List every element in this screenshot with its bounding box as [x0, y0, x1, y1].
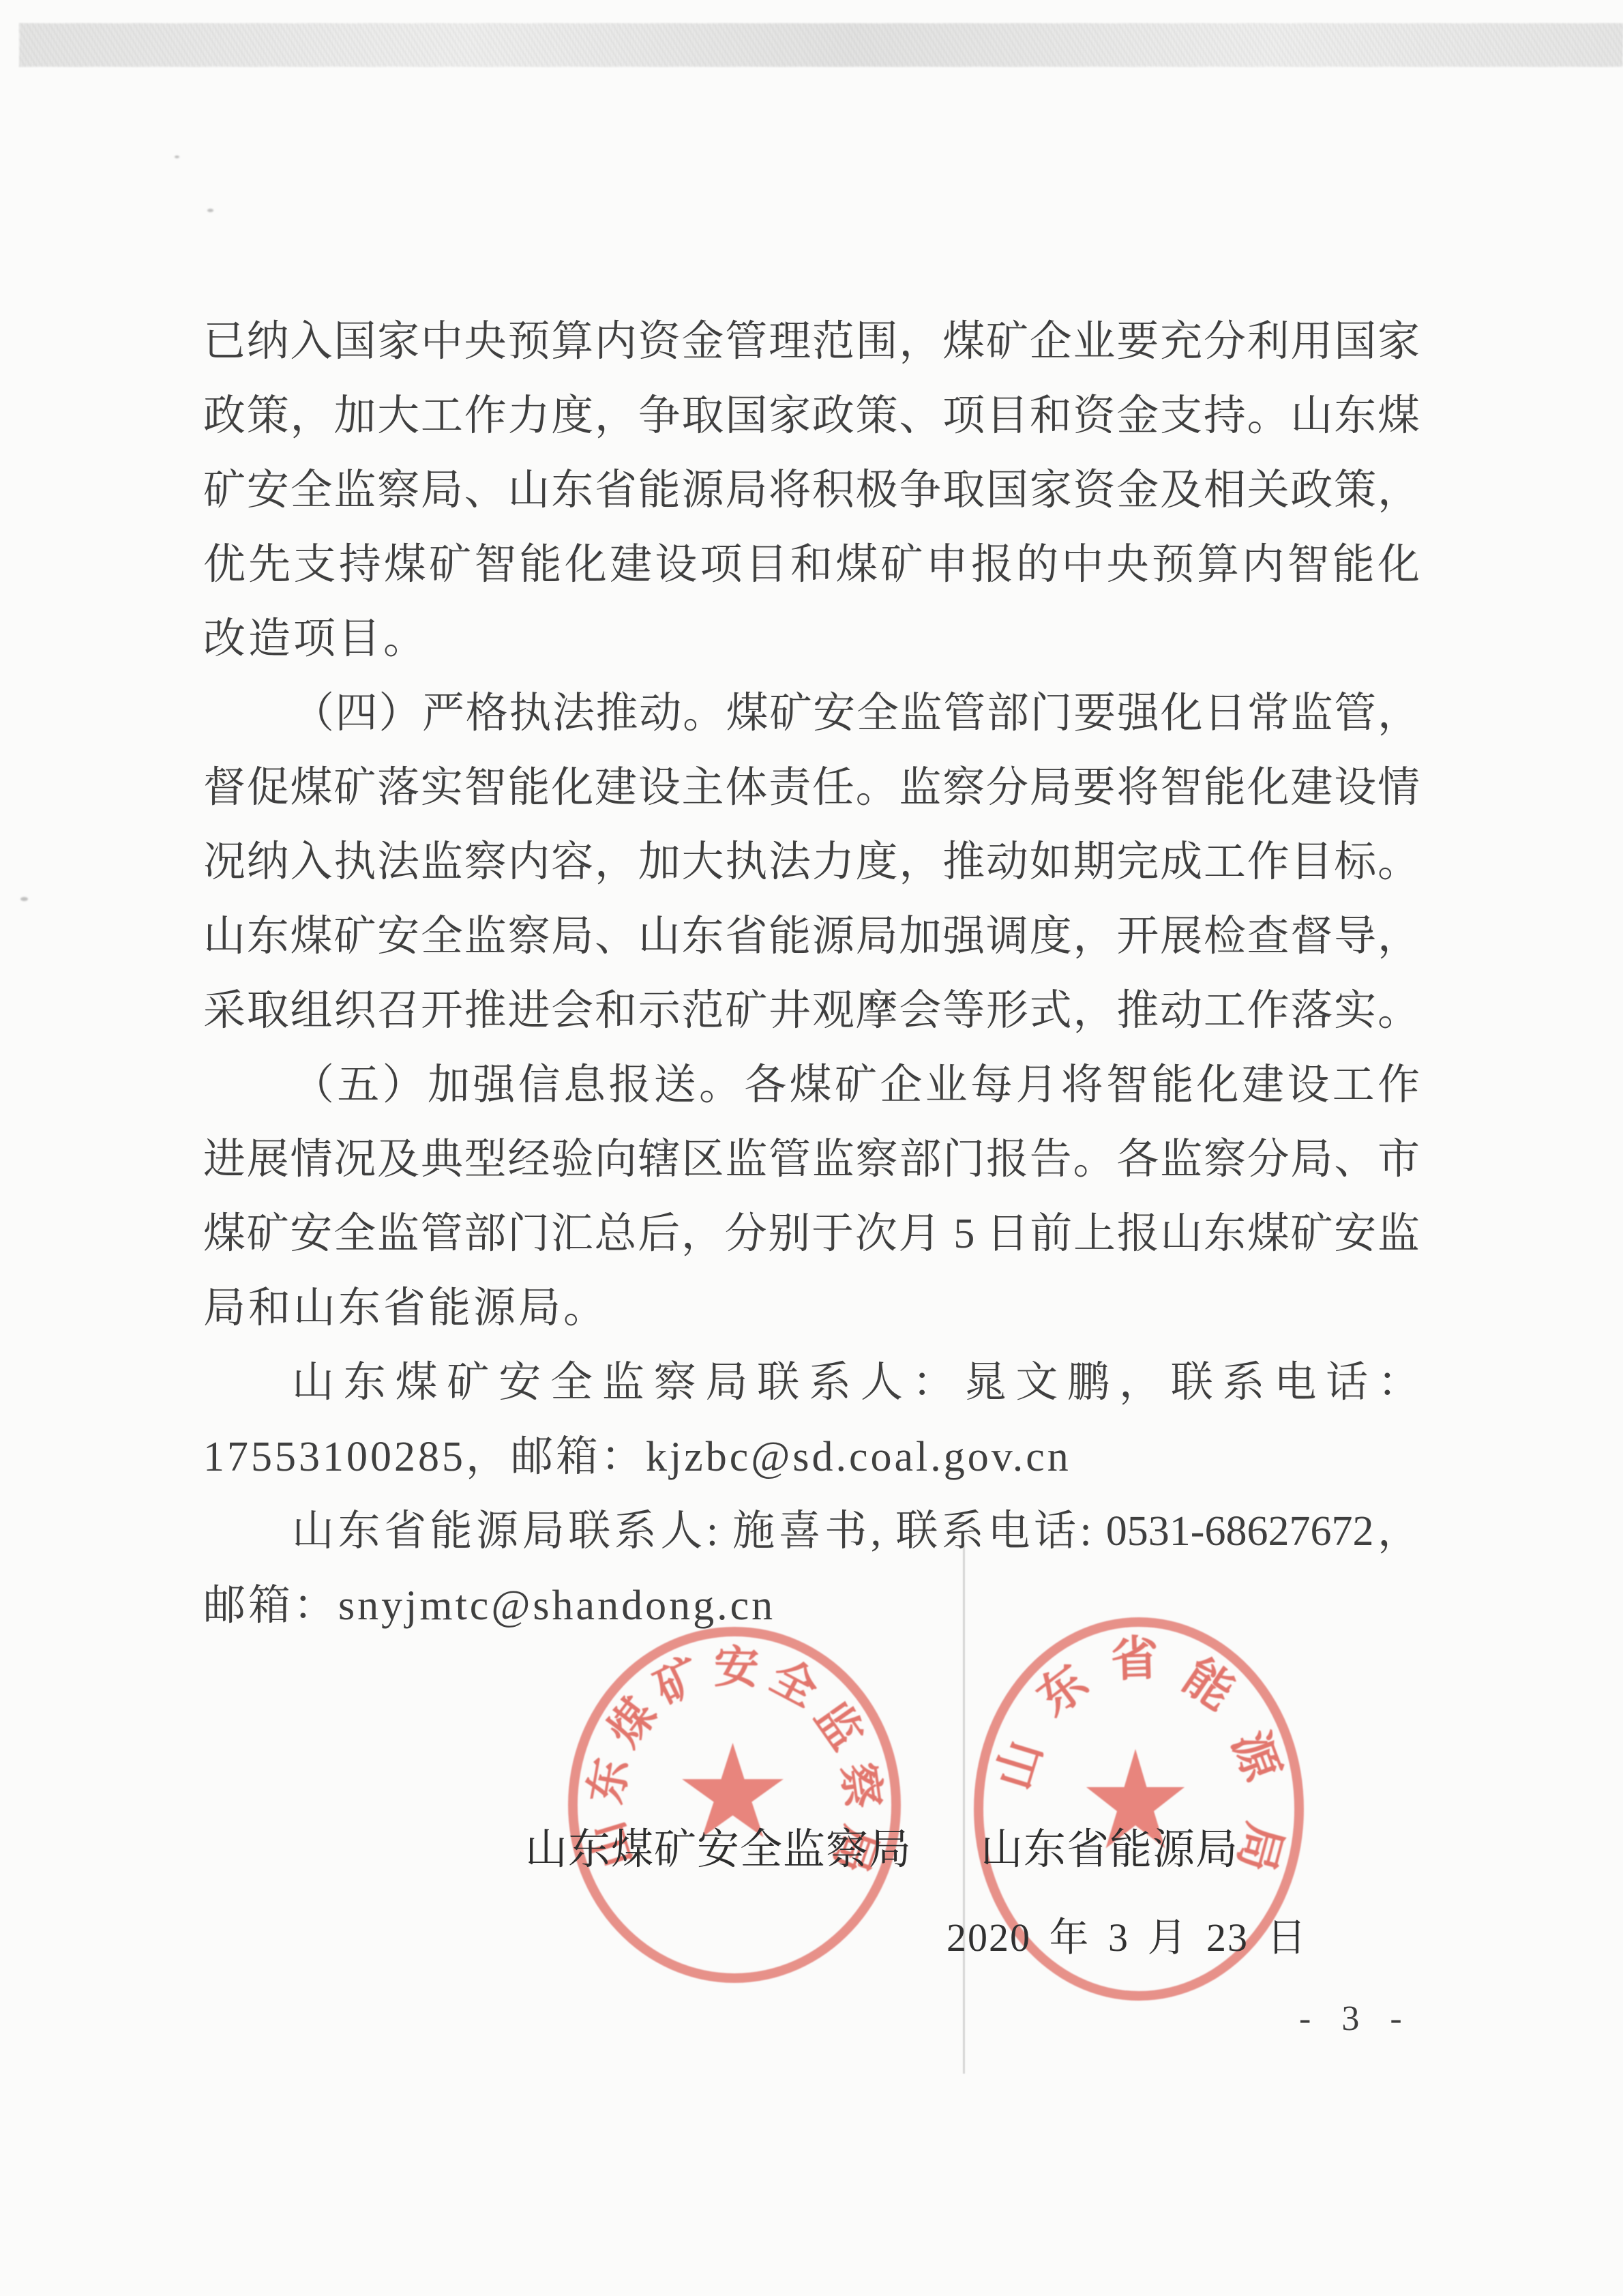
body-line: 山东省能源局联系人: 施喜书, 联系电话: 0531-68627672，	[203, 1495, 1420, 1569]
page-number: - 3 -	[1299, 1999, 1413, 2039]
seal-shandong-coal-mine-safety-supervision-bureau: 山东煤矿安全监察局	[568, 1627, 901, 1983]
seal-arc-text: 山东煤矿安全监察局	[578, 1636, 891, 1973]
seal-arc-char: 安	[712, 1643, 762, 1693]
seal-arc-char: 源	[1221, 1723, 1288, 1790]
seal-arc-char: 省	[1108, 1634, 1161, 1687]
seal-arc-char: 山	[987, 1733, 1052, 1798]
body-line: 政策，加大工作力度，争取国家政策、项目和资金支持。山东煤	[203, 379, 1420, 454]
body-line: 况纳入执法监察内容，加大执法力度，推动如期完成工作目标。	[203, 825, 1420, 900]
seal-arc-char: 东	[581, 1753, 638, 1810]
scan-noise-band	[19, 23, 1623, 67]
signature-energy-administration: 山东省能源局	[981, 1815, 1238, 1876]
document-page: 已纳入国家中央预算内资金管理范围，煤矿企业要充分利用国家政策，加大工作力度，争取…	[0, 0, 1623, 2296]
body-line: 山东煤矿安全监察局联系人：晁文鹏，联系电话：	[203, 1346, 1420, 1420]
body-line: 17553100285，邮箱：kjzbc@sd.coal.gov.cn	[203, 1420, 1420, 1495]
seal-arc-char: 全	[761, 1651, 827, 1718]
signature-coal-mine-safety-bureau: 山东煤矿安全监察局	[525, 1815, 912, 1876]
body-line: 局和山东省能源局。	[203, 1271, 1420, 1346]
body-line: 矿安全监察局、山东省能源局将积极争取国家资金及相关政策，	[203, 454, 1420, 528]
body-line: 山东煤矿安全监察局、山东省能源局加强调度，开展检查督导，	[203, 900, 1420, 974]
body-line: 改造项目。	[203, 602, 1420, 677]
scan-speck	[207, 209, 213, 212]
body-line: 优先支持煤矿智能化建设项目和煤矿申报的中央预算内智能化	[203, 528, 1420, 602]
seal-arc-char: 察	[833, 1758, 888, 1813]
scan-speck	[175, 156, 179, 158]
body-line: 煤矿安全监管部门汇总后，分别于次月 5 日前上报山东煤矿安监	[203, 1197, 1420, 1271]
seal-arc-char: 煤	[599, 1688, 668, 1757]
document-body: 已纳入国家中央预算内资金管理范围，煤矿企业要充分利用国家政策，加大工作力度，争取…	[203, 305, 1420, 1643]
seal-arc-char: 能	[1172, 1649, 1244, 1721]
seal-arc-char: 监	[804, 1692, 872, 1761]
seal-arc-char: 东	[1027, 1655, 1100, 1728]
document-date: 2020 年 3 月 23 日	[947, 1905, 1308, 1962]
body-line: 督促煤矿落实智能化建设主体责任。监察分局要将智能化建设情	[203, 751, 1420, 825]
body-line: 采取组织召开推进会和示范矿井观摩会等形式，推动工作落实。	[203, 974, 1420, 1048]
body-line: （四）严格执法推动。煤矿安全监管部门要强化日常监管，	[203, 677, 1420, 751]
body-line: 已纳入国家中央预算内资金管理范围，煤矿企业要充分利用国家	[203, 305, 1420, 379]
body-line: 进展情况及典型经验向辖区监管监察部门报告。各监察分局、市	[203, 1123, 1420, 1197]
scan-speck	[20, 897, 28, 901]
body-line: （五）加强信息报送。各煤矿企业每月将智能化建设工作	[203, 1048, 1420, 1123]
seal-arc-char: 矿	[646, 1649, 711, 1715]
